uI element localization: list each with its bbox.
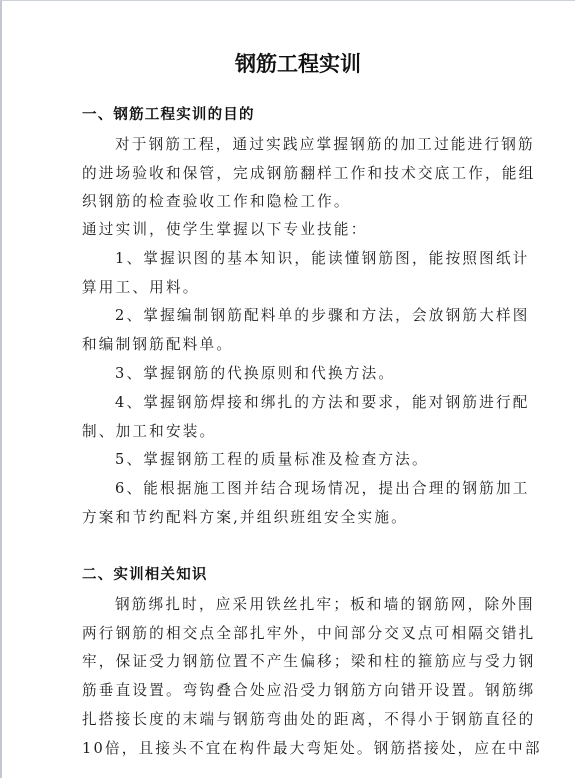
text-line: 织钢筋的检查验收工作和隐检工作。	[82, 188, 514, 217]
paragraph-binding-rules: 钢筋绑扎时，应采用铁丝扎牢；板和墙的钢筋网，除外围 两行钢筋的相交点全部扎牢外，…	[82, 591, 514, 763]
text-line: 牢，保证受力钢筋位置不产生偏移；梁和柱的箍筋应与受力钢	[82, 648, 514, 677]
text-line: 的进场验收和保管，完成钢筋翻样工作和技术交底工作，能组	[82, 160, 514, 189]
paragraph-intro: 对于钢筋工程，通过实践应掌握钢筋的加工过能进行钢筋 的进场验收和保管，完成钢筋翻…	[82, 131, 514, 217]
text-line: 10倍，且接头不宜在构件最大弯矩处。钢筋搭接处，应在中部	[82, 735, 514, 764]
list-item-3: 3、掌握钢筋的代换原则和代换方法。	[82, 360, 514, 389]
text-line: 两行钢筋的相交点全部扎牢外，中间部分交叉点可相隔交错扎	[82, 620, 514, 649]
text-line: 5、掌握钢筋工程的质量标准及检查方法。	[82, 446, 514, 475]
list-item-1: 1、掌握识图的基本知识，能读懂钢筋图，能按照图纸计 算用工、用料。	[82, 245, 514, 302]
text-line: 通过实训，使学生掌握以下专业技能：	[82, 216, 514, 245]
section-heading-knowledge: 二、实训相关知识	[82, 565, 208, 585]
list-item-5: 5、掌握钢筋工程的质量标准及检查方法。	[82, 446, 514, 475]
text-line: 钢筋绑扎时，应采用铁丝扎牢；板和墙的钢筋网，除外围	[82, 591, 514, 620]
text-line: 2、掌握编制钢筋配料单的步骤和方法，会放钢筋大样图	[82, 302, 514, 331]
document-page: 钢筋工程实训 一、钢筋工程实训的目的 对于钢筋工程，通过实践应掌握钢筋的加工过能…	[0, 0, 575, 778]
text-line: 算用工、用料。	[82, 274, 514, 303]
text-line: 对于钢筋工程，通过实践应掌握钢筋的加工过能进行钢筋	[82, 131, 514, 160]
text-line: 1、掌握识图的基本知识，能读懂钢筋图，能按照图纸计	[82, 245, 514, 274]
document-title: 钢筋工程实训	[82, 49, 514, 79]
list-item-4: 4、掌握钢筋焊接和绑扎的方法和要求，能对钢筋进行配 制、加工和安装。	[82, 389, 514, 446]
text-line: 筋垂直设置。弯钩叠合处应沿受力钢筋方向错开设置。钢筋绑	[82, 677, 514, 706]
text-line: 3、掌握钢筋的代换原则和代换方法。	[82, 360, 514, 389]
text-line: 方案和节约配料方案,并组织班组安全实施。	[82, 504, 514, 533]
text-line: 4、掌握钢筋焊接和绑扎的方法和要求，能对钢筋进行配	[82, 389, 514, 418]
paragraph-skills-intro: 通过实训，使学生掌握以下专业技能：	[82, 216, 514, 245]
text-line: 扎搭接长度的末端与钢筋弯曲处的距离，不得小于钢筋直径的	[82, 706, 514, 735]
text-line: 制、加工和安装。	[82, 418, 514, 447]
text-line: 6、能根据施工图并结合现场情况，提出合理的钢筋加工	[82, 475, 514, 504]
list-item-6: 6、能根据施工图并结合现场情况，提出合理的钢筋加工 方案和节约配料方案,并组织班…	[82, 475, 514, 532]
section-heading-purpose: 一、钢筋工程实训的目的	[82, 105, 255, 125]
list-item-2: 2、掌握编制钢筋配料单的步骤和方法，会放钢筋大样图 和编制钢筋配料单。	[82, 302, 514, 359]
text-line: 和编制钢筋配料单。	[82, 331, 514, 360]
